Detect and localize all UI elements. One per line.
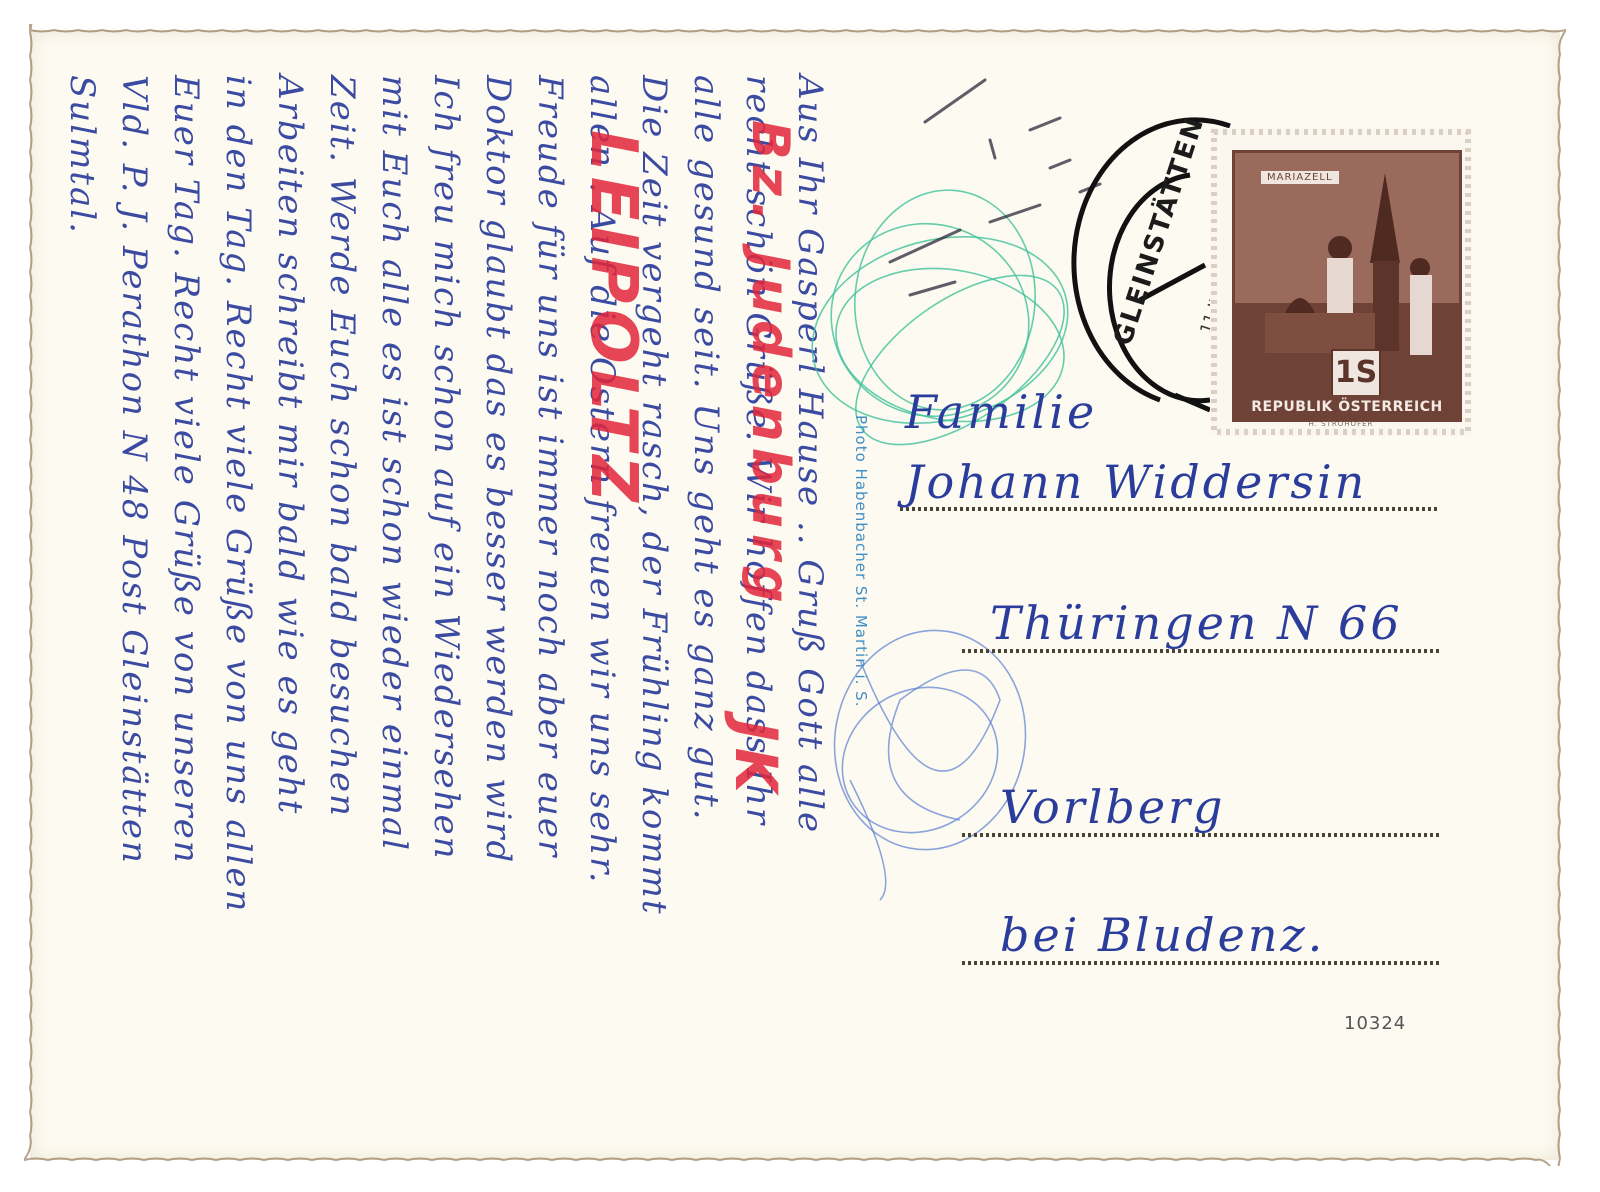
card-number: 10324 <box>1344 1013 1406 1034</box>
address-line-1: Familie <box>905 385 1097 439</box>
stamp-place-label: MARIAZELL <box>1261 171 1339 184</box>
blue-scribble <box>816 615 1043 900</box>
stamp-designer: H. STROHOFER <box>1210 420 1472 428</box>
postage-stamp: MARIAZELL 1S REPUBLIK ÖSTERREICH H. STRO… <box>1210 128 1472 436</box>
stamp-country: REPUBLIK ÖSTERREICH <box>1235 395 1459 419</box>
address-line-4: Vorlberg <box>1000 780 1226 834</box>
address-line-5: bei Bludenz. <box>1000 908 1325 962</box>
stamp-image: MARIAZELL 1S REPUBLIK ÖSTERREICH <box>1232 150 1462 422</box>
address-line-2: Johann Widdersin <box>905 455 1367 509</box>
cancellation-marks <box>890 80 1100 295</box>
stamp-value: 1S <box>1331 349 1381 397</box>
publisher-imprint: Photo Habenbacher St. Martin i. S. <box>852 415 870 707</box>
address-lines <box>900 509 1440 963</box>
address-line-3: Thüringen N 66 <box>990 596 1403 650</box>
